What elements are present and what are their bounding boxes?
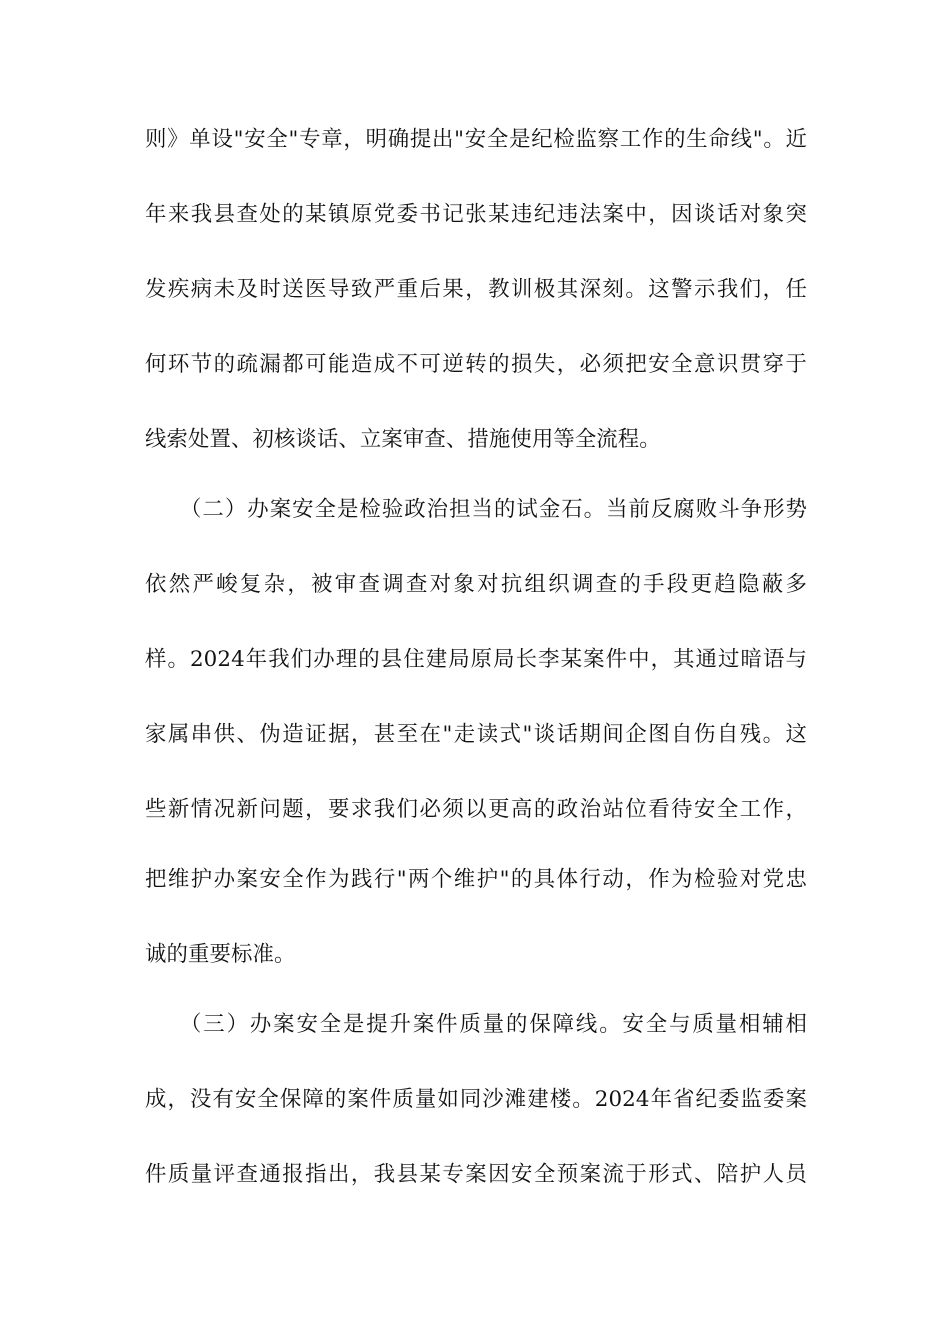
text-line: 家属串供、伪造证据，甚至在"走读式"谈话期间企图自伤自残。这 [145, 720, 807, 750]
text-line: 何环节的疏漏都可能造成不可逆转的损失，必须把安全意识贯穿于 [145, 350, 807, 380]
text-line: 诚的重要标准。 [145, 940, 807, 970]
section-heading-line: （三）办案安全是提升案件质量的保障线。安全与质量相辅相 [180, 1010, 807, 1040]
text-line: 件质量评查通报指出，我县某专案因安全预案流于形式、陪护人员 [145, 1160, 807, 1190]
text-line: 成，没有安全保障的案件质量如同沙滩建楼。2024年省纪委监委案 [145, 1085, 807, 1115]
text-line: 年来我县查处的某镇原党委书记张某违纪违法案中，因谈话对象突 [145, 200, 807, 230]
text-line: 则》单设"安全"专章，明确提出"安全是纪检监察工作的生命线"。近 [145, 125, 807, 155]
text-line: 线索处置、初核谈话、立案审查、措施使用等全流程。 [145, 425, 807, 455]
text-line: 样。2024年我们办理的县住建局原局长李某案件中，其通过暗语与 [145, 645, 807, 675]
text-line: 把维护办案安全作为践行"两个维护"的具体行动，作为检验对党忠 [145, 865, 807, 895]
text-line: 依然严峻复杂，被审查调查对象对抗组织调查的手段更趋隐蔽多 [145, 570, 807, 600]
text-line: 发疾病未及时送医导致严重后果，教训极其深刻。这警示我们，任 [145, 275, 807, 305]
text-line: 些新情况新问题，要求我们必须以更高的政治站位看待安全工作， [145, 795, 807, 825]
document-page: 则》单设"安全"专章，明确提出"安全是纪检监察工作的生命线"。近 年来我县查处的… [0, 0, 950, 1344]
section-heading-line: （二）办案安全是检验政治担当的试金石。当前反腐败斗争形势 [180, 495, 807, 525]
